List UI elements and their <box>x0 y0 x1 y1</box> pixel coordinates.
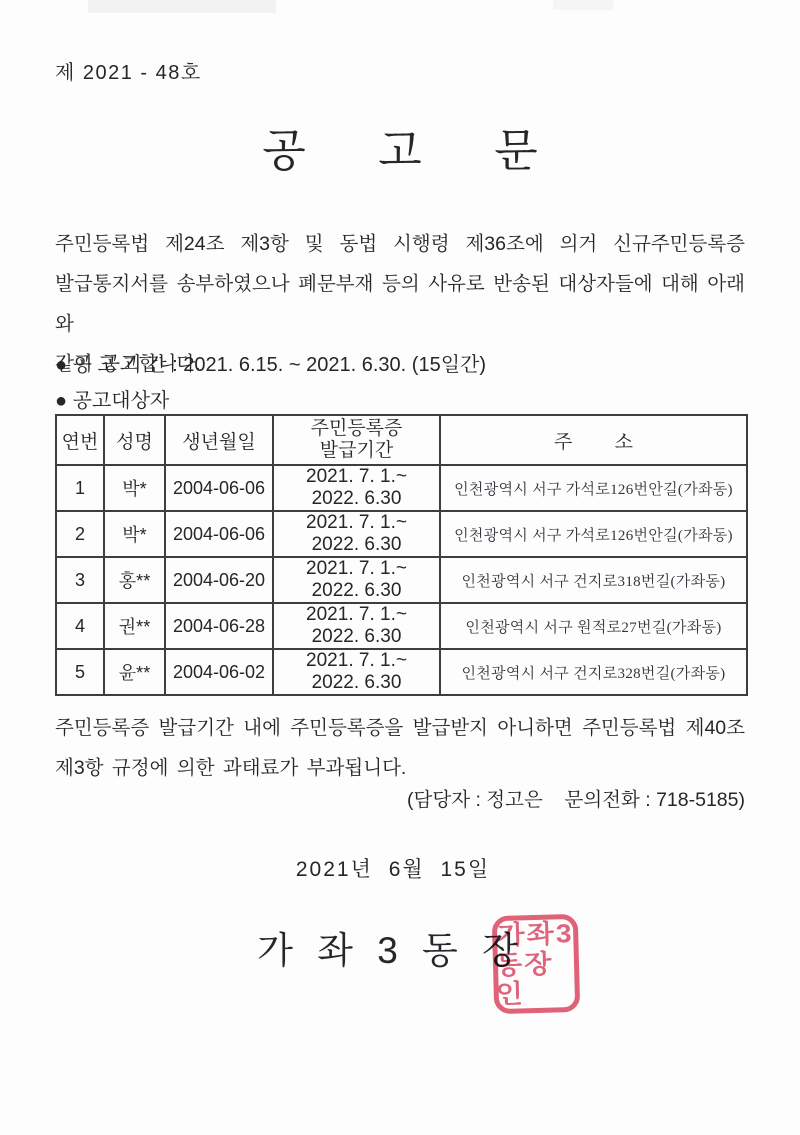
issuer-signature: 가 좌 3 동 장 <box>0 920 780 974</box>
cell-period: 2021. 7. 1.~ 2022. 6.30 <box>273 465 440 511</box>
cell-period: 2021. 7. 1.~ 2022. 6.30 <box>273 603 440 649</box>
penalty-line-2: 제3항 규정에 의한 과태료가 부과됩니다. <box>55 748 745 788</box>
table-row: 1 박* 2004-06-06 2021. 7. 1.~ 2022. 6.30 … <box>56 465 747 511</box>
table-row: 2 박* 2004-06-06 2021. 7. 1.~ 2022. 6.30 … <box>56 511 747 557</box>
cell-address: 인천광역시 서구 가석로126번안길(가좌동) <box>440 465 747 511</box>
cell-birth: 2004-06-06 <box>165 511 273 557</box>
cell-period: 2021. 7. 1.~ 2022. 6.30 <box>273 649 440 695</box>
official-seal-stamp: 가좌3 동장인 <box>492 914 581 1014</box>
cell-name: 홍** <box>104 557 165 603</box>
cell-name: 권** <box>104 603 165 649</box>
header-no: 연번 <box>56 415 104 465</box>
stamp-text-row-1: 가좌3 <box>497 919 574 950</box>
cell-birth: 2004-06-20 <box>165 557 273 603</box>
cell-birth: 2004-06-06 <box>165 465 273 511</box>
stamp-text-row-2: 동장인 <box>495 949 579 1009</box>
cell-name: 박* <box>104 511 165 557</box>
cell-no: 2 <box>56 511 104 557</box>
table-row: 4 권** 2004-06-28 2021. 7. 1.~ 2022. 6.30… <box>56 603 747 649</box>
cell-period: 2021. 7. 1.~ 2022. 6.30 <box>273 511 440 557</box>
cell-name: 윤** <box>104 649 165 695</box>
header-name: 성명 <box>104 415 165 465</box>
header-address: 주 소 <box>440 415 747 465</box>
cell-address: 인천광역시 서구 건지로318번길(가좌동) <box>440 557 747 603</box>
issue-date: 2021년 6월 15일 <box>0 853 786 883</box>
header-period: 주민등록증 발급기간 <box>273 415 440 465</box>
cell-address: 인천광역시 서구 원적로27번길(가좌동) <box>440 603 747 649</box>
notice-subjects-bullet: ● 공고대상자 <box>55 384 169 413</box>
page-title: 공 고 문 <box>0 114 800 179</box>
cell-period: 2021. 7. 1.~ 2022. 6.30 <box>273 557 440 603</box>
cell-no: 5 <box>56 649 104 695</box>
cell-name: 박* <box>104 465 165 511</box>
notice-table: 연번 성명 생년월일 주민등록증 발급기간 주 소 1 박* 2004-06-0… <box>55 414 748 696</box>
cell-address: 인천광역시 서구 건지로328번길(가좌동) <box>440 649 747 695</box>
cell-birth: 2004-06-02 <box>165 649 273 695</box>
scan-artifact-top-right <box>553 0 613 10</box>
cell-birth: 2004-06-28 <box>165 603 273 649</box>
penalty-line-1: 주민등록증 발급기간 내에 주민등록증을 발급받지 아니하면 주민등록법 제40… <box>55 708 745 748</box>
table-row: 5 윤** 2004-06-02 2021. 7. 1.~ 2022. 6.30… <box>56 649 747 695</box>
intro-line-1: 주민등록법 제24조 제3항 및 동법 시행령 제36조에 의거 신규주민등록증 <box>55 224 745 264</box>
cell-no: 3 <box>56 557 104 603</box>
notice-document: 제 2021 - 48호 공 고 문 주민등록법 제24조 제3항 및 동법 시… <box>0 0 800 1135</box>
header-birth: 생년월일 <box>165 415 273 465</box>
cell-no: 1 <box>56 465 104 511</box>
table-row: 3 홍** 2004-06-20 2021. 7. 1.~ 2022. 6.30… <box>56 557 747 603</box>
doc-number: 제 2021 - 48호 <box>55 56 202 85</box>
penalty-paragraph: 주민등록증 발급기간 내에 주민등록증을 발급받지 아니하면 주민등록법 제40… <box>55 708 745 788</box>
scan-artifact-top-left <box>88 0 276 13</box>
cell-no: 4 <box>56 603 104 649</box>
contact-line: (담당자 : 정고은 문의전화 : 718-5185) <box>55 784 745 812</box>
table-header-row: 연번 성명 생년월일 주민등록증 발급기간 주 소 <box>56 415 747 465</box>
cell-address: 인천광역시 서구 가석로126번안길(가좌동) <box>440 511 747 557</box>
intro-line-2: 발급통지서를 송부하였으나 폐문부재 등의 사유로 반송된 대상자들에 대해 아… <box>55 264 745 344</box>
notice-period-bullet: ● 공 고 기 간 : 2021. 6.15. ~ 2021. 6.30. (1… <box>55 348 486 377</box>
